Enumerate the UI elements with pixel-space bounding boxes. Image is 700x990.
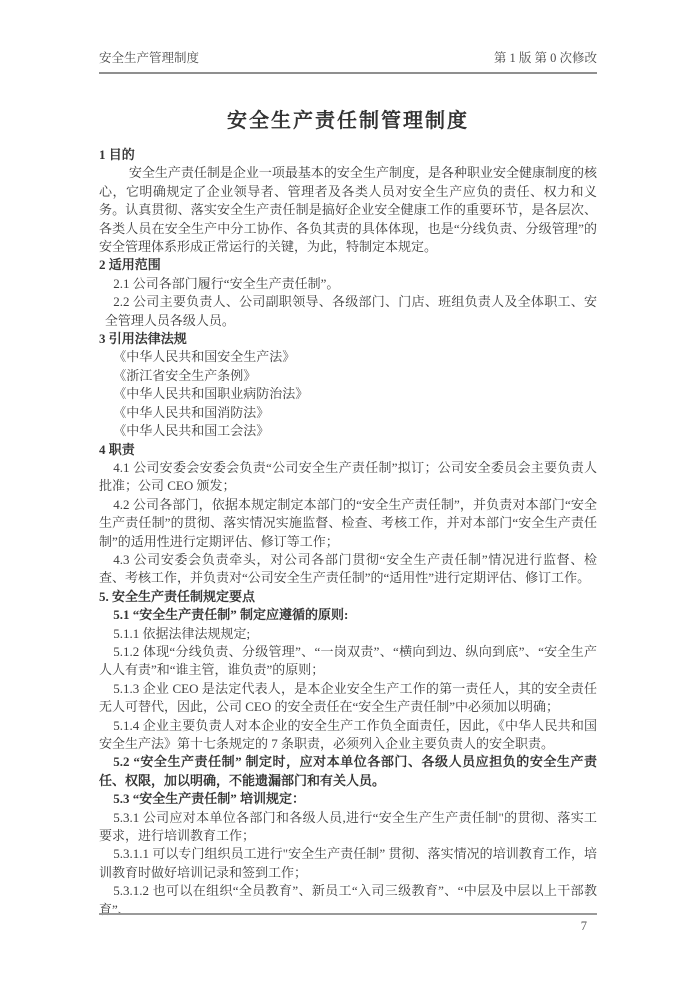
section-heading: 2 适用范围 — [99, 256, 597, 274]
law-reference: 《中华人民共和国工会法》 — [99, 422, 597, 440]
paragraph: 5.3 “安全生产责任制” 培训规定： — [99, 790, 597, 808]
document-body: 1 目的安全生产责任制是企业一项最基本的安全生产制度，是各种职业安全健康制度的核… — [99, 146, 597, 919]
paragraph: 4.2 公司各部门，依据本规定制定本部门的“安全生产责任制”，并负责对本部门“安… — [99, 496, 597, 551]
paragraph: 5.1 “安全生产责任制” 制定应遵循的原则: — [99, 606, 597, 624]
paragraph: 2.2 公司主要负责人、公司副职领导、各级部门、门店、班组负责人及全体职工、安全… — [99, 293, 597, 330]
section-heading: 4 职责 — [99, 441, 597, 459]
page-footer: 7 — [99, 913, 597, 934]
paragraph: 5.3.1.1 可以专门组织员工进行"安全生产责任制” 贯彻、落实情况的培训教育… — [99, 845, 597, 882]
paragraph: 5.1.2 体现“分线负责、分级管理”、“一岗双责”、“横向到边、纵向到底”、“… — [99, 643, 597, 680]
law-reference: 《中华人民共和国消防法》 — [99, 404, 597, 422]
law-reference: 《中华人民共和国职业病防治法》 — [99, 385, 597, 403]
document-title: 安全生产责任制管理制度 — [99, 107, 597, 135]
paragraph: 5.3.1 公司应对本单位各部门和各级人员,进行“安全生产生产责任制"的贯彻、落… — [99, 809, 597, 846]
section-heading: 5. 安全生产责任制规定要点 — [99, 588, 597, 606]
law-reference: 《中华人民共和国安全生产法》 — [99, 348, 597, 366]
header-document-title: 安全生产管理制度 — [99, 48, 199, 66]
section-heading: 1 目的 — [99, 146, 597, 164]
page-header: 安全生产管理制度 第 1 版 第 0 次修改 — [99, 48, 597, 74]
paragraph: 5.1.1 依据法律法规规定; — [99, 625, 597, 643]
document-page: 安全生产管理制度 第 1 版 第 0 次修改 安全生产责任制管理制度 1 目的安… — [0, 0, 700, 990]
section-heading: 3 引用法律法规 — [99, 330, 597, 348]
page-number: 7 — [99, 915, 597, 934]
paragraph: 4.1 公司安委会安委会负责“公司安全生产责任制”拟订；公司安全委员会主要负责人… — [99, 459, 597, 496]
paragraph: 安全生产责任制是企业一项最基本的安全生产制度，是各种职业安全健康制度的核心，它明… — [99, 164, 597, 256]
header-revision-info: 第 1 版 第 0 次修改 — [494, 48, 597, 66]
paragraph: 5.1.3 企业 CEO 是法定代表人，是本企业安全生产工作的第一责任人，其的安… — [99, 680, 597, 717]
paragraph: 4.3 公司安委会负责牵头，对公司各部门贯彻“安全生产责任制”情况进行监督、检查… — [99, 551, 597, 588]
paragraph: 2.1 公司各部门履行“安全生产责任制”。 — [99, 275, 597, 293]
paragraph: 5.2 “安全生产责任制” 制定时，应对本单位各部门、各级人员应担负的安全生产责… — [99, 753, 597, 790]
paragraph: 5.1.4 企业主要负责人对本企业的安全生产工作负全面责任，因此，《中华人民共和… — [99, 717, 597, 754]
law-reference: 《浙江省安全生产条例》 — [99, 367, 597, 385]
